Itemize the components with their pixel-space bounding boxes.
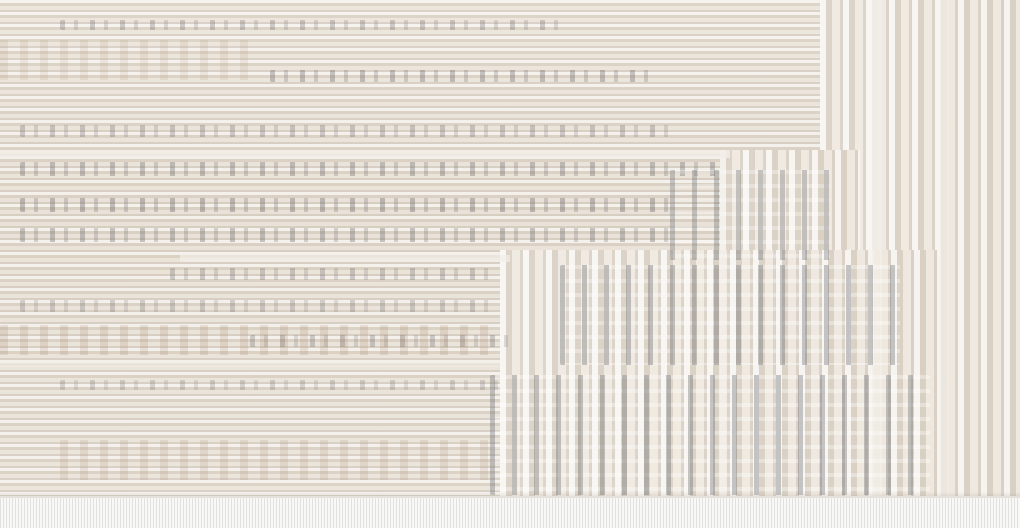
grey-fleck-row <box>60 20 560 30</box>
tan-shading <box>0 40 260 80</box>
grey-fleck-row <box>20 198 670 212</box>
tan-shading <box>60 440 500 480</box>
grey-fleck-row <box>170 268 500 280</box>
rug-edge-binding <box>0 496 1020 528</box>
grey-fleck-row <box>20 300 500 312</box>
rug-photo <box>0 0 1020 528</box>
grey-fleck-row <box>20 162 720 176</box>
grey-fleck-row <box>20 228 670 242</box>
grey-fleck-column-block <box>560 265 900 365</box>
pattern-divider <box>940 0 948 500</box>
pattern-divider <box>0 360 500 367</box>
grey-fleck-row <box>20 125 680 137</box>
grey-fleck-row <box>60 380 500 390</box>
pattern-divider <box>0 150 730 158</box>
pattern-divider <box>180 255 510 262</box>
grey-fleck-column-block <box>670 170 830 260</box>
grey-fleck-column-block <box>490 375 930 495</box>
tan-shading <box>0 325 500 355</box>
grey-fleck-row <box>270 70 650 82</box>
